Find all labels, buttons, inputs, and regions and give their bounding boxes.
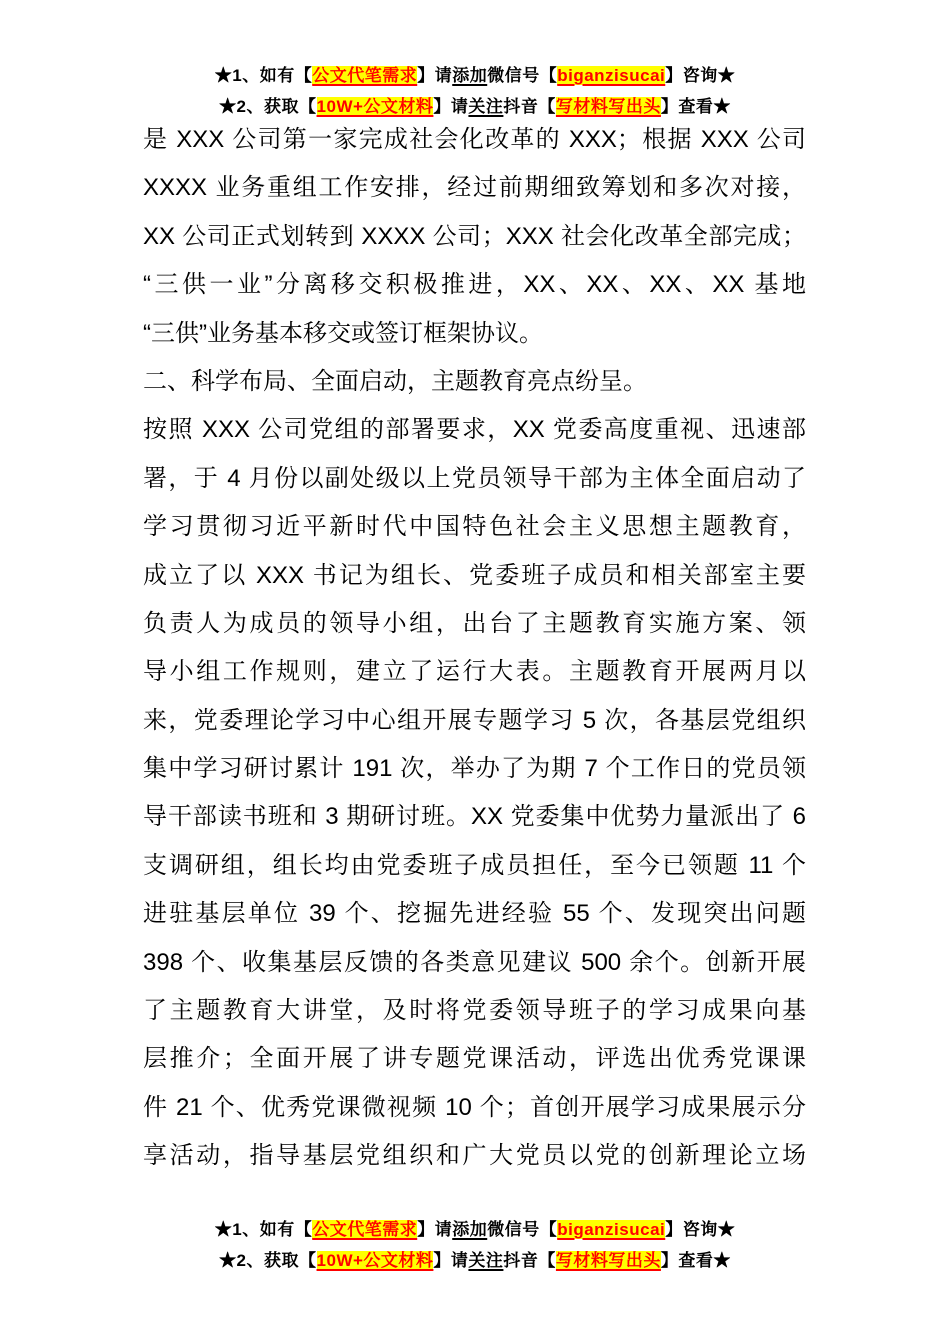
promo-text: 微信号【 [487,66,557,85]
promo-underline-text: 关注 [468,1251,503,1270]
promo-underline-text: 关注 [468,97,503,116]
promo-text: 】请 [433,97,468,116]
doc-line: 按照 XXX 公司党组的部署要求，XX 党委高度重视、迅速部 [143,406,806,454]
header-promo-banner: ★1、如有【公文代笔需求】请添加微信号【biganzisucai】咨询★★2、获… [0,60,950,122]
promo-line: ★2、获取【10W+公文材料】请关注抖音【写材料写出头】查看★ [0,1245,950,1276]
promo-text: ★2、获取【 [219,97,316,116]
doc-line: XX 公司正式划转到 XXXX 公司；XXX 社会化改革全部完成； [143,213,806,261]
promo-text: 】查看★ [661,97,731,116]
doc-line: 进驻基层单位 39 个、挖掘先进经验 55 个、发现突出问题 [143,890,806,938]
promo-highlight-text: 公文代笔需求 [312,66,417,85]
promo-highlight-text: 10W+公文材料 [317,97,434,116]
doc-line: 了主题教育大讲堂，及时将党委领导班子的学习成果向基 [143,987,806,1035]
document-page: ★1、如有【公文代笔需求】请添加微信号【biganzisucai】咨询★★2、获… [0,0,950,1344]
promo-highlight-text: 公文代笔需求 [312,1220,417,1239]
promo-text: ★1、如有【 [215,1220,312,1239]
promo-highlight-text: biganzisucai [557,1220,665,1239]
promo-underline-text: 添加 [452,1220,487,1239]
doc-line: 二、科学布局、全面启动，主题教育亮点纷呈。 [143,358,806,406]
doc-line: 支调研组，组长均由党委班子成员担任，至今已领题 11 个 [143,842,806,890]
promo-text: 】查看★ [661,1251,731,1270]
doc-line: 件 21 个、优秀党课微视频 10 个；首创开展学习成果展示分 [143,1084,806,1132]
doc-line: 负责人为成员的领导小组，出台了主题教育实施方案、领 [143,600,806,648]
doc-line: “三供”业务基本移交或签订框架协议。 [143,310,806,358]
promo-text: 】咨询★ [665,1220,735,1239]
promo-text: 】请 [433,1251,468,1270]
promo-underline-text: 添加 [452,66,487,85]
doc-line: 成立了以 XXX 书记为组长、党委班子成员和相关部室主要 [143,552,806,600]
promo-text: 】请 [417,1220,452,1239]
promo-text: 微信号【 [487,1220,557,1239]
promo-text: 】咨询★ [665,66,735,85]
doc-line: 398 个、收集基层反馈的各类意见建议 500 余个。创新开展 [143,939,806,987]
promo-line: ★1、如有【公文代笔需求】请添加微信号【biganzisucai】咨询★ [0,60,950,91]
promo-text: ★2、获取【 [219,1251,316,1270]
promo-text: 抖音【 [503,97,556,116]
doc-line: 学习贯彻习近平新时代中国特色社会主义思想主题教育， [143,503,806,551]
promo-text: 抖音【 [503,1251,556,1270]
document-body: 是 XXX 公司第一家完成社会化改革的 XXX；根据 XXX 公司XXXX 业务… [143,116,806,1181]
doc-line: 来，党委理论学习中心组开展专题学习 5 次，各基层党组织 [143,697,806,745]
doc-line: 导小组工作规则，建立了运行大表。主题教育开展两月以 [143,648,806,696]
doc-line: “三供一业”分离移交积极推进，XX、XX、XX、XX 基地 [143,261,806,309]
doc-line: 层推介；全面开展了讲专题党课活动，评选出优秀党课课 [143,1035,806,1083]
doc-line: 导干部读书班和 3 期研讨班。XX 党委集中优势力量派出了 6 [143,793,806,841]
promo-highlight-text: biganzisucai [557,66,665,85]
promo-highlight-text: 写材料写出头 [556,1251,661,1270]
promo-text: 】请 [417,66,452,85]
promo-line: ★1、如有【公文代笔需求】请添加微信号【biganzisucai】咨询★ [0,1214,950,1245]
promo-text: ★1、如有【 [215,66,312,85]
doc-line: 署，于 4 月份以副处级以上党员领导干部为主体全面启动了 [143,455,806,503]
promo-highlight-text: 10W+公文材料 [317,1251,434,1270]
doc-line: 集中学习研讨累计 191 次，举办了为期 7 个工作日的党员领 [143,745,806,793]
doc-line: XXXX 业务重组工作安排，经过前期细致筹划和多次对接， [143,164,806,212]
promo-highlight-text: 写材料写出头 [556,97,661,116]
doc-line: 是 XXX 公司第一家完成社会化改革的 XXX；根据 XXX 公司 [143,116,806,164]
footer-promo-banner: ★1、如有【公文代笔需求】请添加微信号【biganzisucai】咨询★★2、获… [0,1214,950,1276]
doc-line: 享活动，指导基层党组织和广大党员以党的创新理论立场 [143,1132,806,1180]
